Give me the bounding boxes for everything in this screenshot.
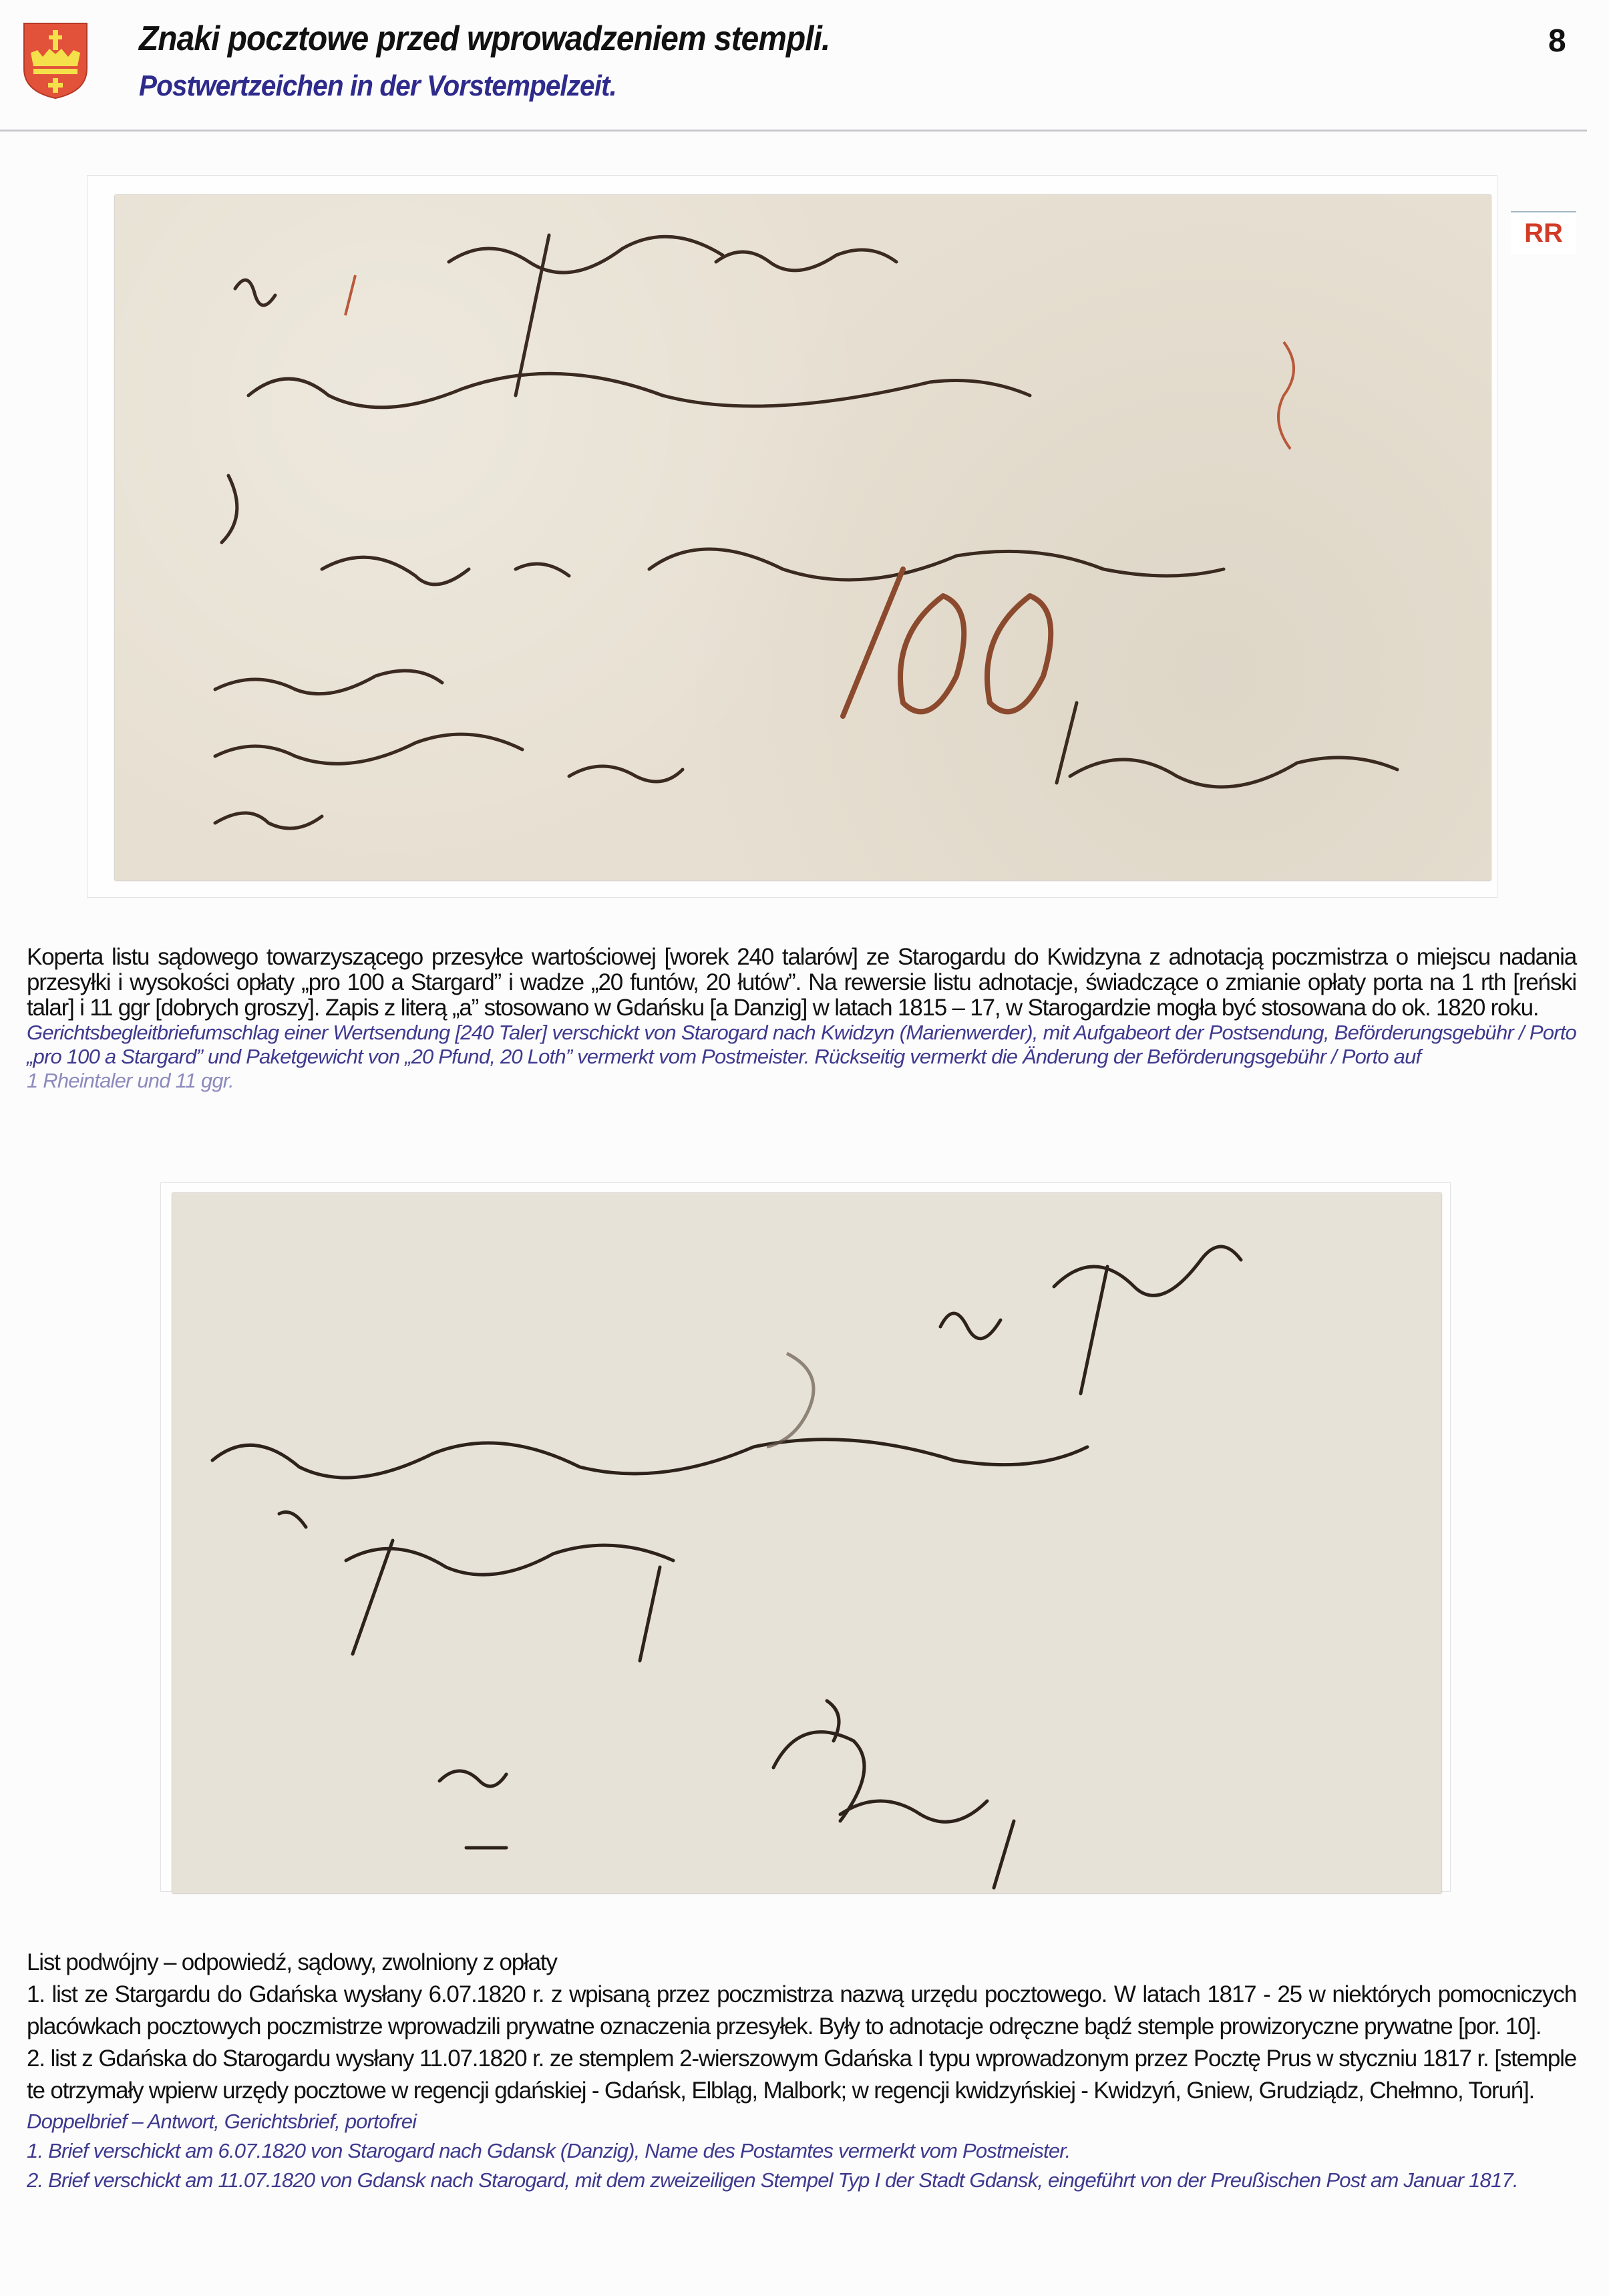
- envelope-cover-1: [115, 195, 1491, 880]
- gdansk-coat-of-arms-icon: [23, 22, 88, 100]
- description-de-heading: Doppelbrief – Antwort, Gerichtsbrief, po…: [27, 2107, 1576, 2136]
- page-title: Znaki pocztowe przed wprowadzeniem stemp…: [139, 19, 830, 59]
- description-de-continued: 1 Rheintaler und 11 ggr.: [27, 1069, 1576, 1093]
- description-pl-letter-1: 1. list ze Stargardu do Gdańska wysłany …: [27, 1979, 1576, 2043]
- envelope-cover-2: [172, 1193, 1441, 1893]
- description-pl-heading: List podwójny – odpowiedź, sądowy, zwoln…: [27, 1947, 1576, 1979]
- header-divider: [0, 130, 1587, 132]
- description-de: Gerichtsbegleitbriefumschlag einer Werts…: [27, 1021, 1576, 1069]
- rarity-badge: RR: [1511, 211, 1576, 254]
- description-de-letter-2: 2. Brief verschickt am 11.07.1820 von Gd…: [27, 2166, 1576, 2195]
- handwritten-address-1: [115, 195, 1491, 880]
- description-pl: Koperta listu sądowego towarzyszącego pr…: [27, 945, 1576, 1021]
- page-number: 8: [1548, 23, 1566, 59]
- page-subtitle: Postwertzeichen in der Vorstempelzeit.: [139, 69, 616, 103]
- description-item-1: Koperta listu sądowego towarzyszącego pr…: [27, 945, 1576, 1093]
- handwritten-address-2: [172, 1193, 1441, 1893]
- description-de-letter-1: 1. Brief verschickt am 6.07.1820 von Sta…: [27, 2136, 1576, 2166]
- description-item-2: List podwójny – odpowiedź, sądowy, zwoln…: [27, 1947, 1576, 2195]
- description-pl-letter-2: 2. list z Gdańska do Starogardu wysłany …: [27, 2043, 1576, 2107]
